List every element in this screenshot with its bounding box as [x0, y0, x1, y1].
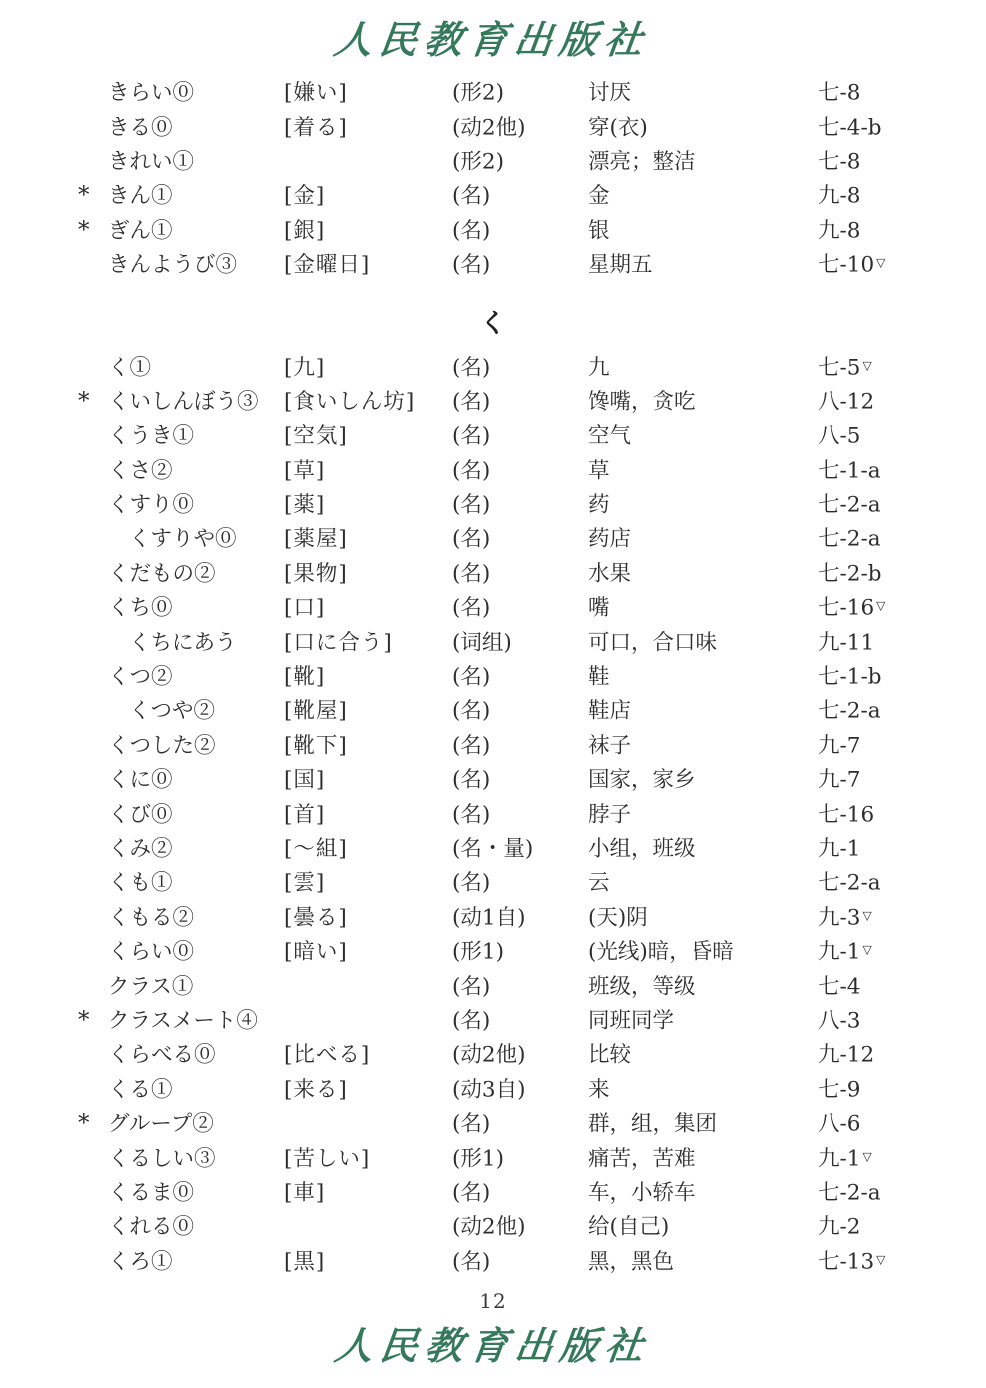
lesson-reference: 七-9	[818, 1079, 862, 1101]
lesson-text: 九-11	[818, 630, 874, 655]
word-kana: くつした②	[108, 735, 216, 757]
lesson-reference: 七-10▽	[818, 254, 885, 276]
part-of-speech: (动2他)	[452, 117, 525, 139]
lesson-text: 七-16	[818, 596, 874, 621]
word-kanji: [首]	[284, 804, 325, 826]
lesson-text: 七-2-a	[818, 492, 881, 517]
chinese-meaning: 给(自己)	[588, 1217, 669, 1239]
vocab-entry: くび⓪ [首] (名) 脖子 七-16	[0, 797, 986, 831]
part-of-speech: (名)	[452, 1182, 490, 1204]
vocab-entry: くちにあう [口に合う] (词组) 可口，合口味 九-11	[0, 625, 986, 659]
word-kanji: [靴屋]	[284, 701, 348, 723]
lesson-reference: 九-1▽	[818, 1148, 872, 1170]
part-of-speech: (动2他)	[452, 1217, 525, 1239]
part-of-speech: (名)	[452, 391, 490, 413]
chinese-meaning: 同班同学	[588, 1010, 674, 1032]
lesson-reference: 九-8	[818, 186, 862, 208]
part-of-speech: (名)	[452, 186, 490, 208]
word-kanji: [嫌い]	[284, 82, 348, 104]
part-of-speech: (名)	[452, 460, 490, 482]
word-kana: くみ②	[108, 838, 173, 860]
lesson-text: 七-16	[818, 802, 874, 827]
lesson-text: 七-1-a	[818, 458, 881, 483]
word-kana: くちにあう	[129, 632, 237, 654]
lesson-text: 九-1	[818, 939, 860, 964]
vocab-entry: きる⓪ [着る] (动2他) 穿(衣) 七-4-b	[0, 110, 986, 144]
star-marker: *	[78, 390, 90, 413]
lesson-reference: 七-2-a	[818, 529, 883, 551]
word-kana: くらべる⓪	[108, 1045, 216, 1067]
lesson-reference: 七-13▽	[818, 1251, 885, 1273]
chinese-meaning: 漂亮；整洁	[588, 151, 696, 173]
vocab-entry: くみ② [～組] (名・量) 小组，班级 九-1	[0, 832, 986, 866]
part-of-speech: (词组)	[452, 632, 512, 654]
triangle-mark-icon: ▽	[862, 908, 871, 922]
vocab-entry: くらい⓪ [暗い] (形1) (光线)暗，昏暗 九-1▽	[0, 935, 986, 969]
part-of-speech: (名)	[452, 804, 490, 826]
lesson-reference: 七-2-b	[818, 563, 883, 585]
vocab-entry: く① [九] (名) 九 七-5▽	[0, 350, 986, 384]
part-of-speech: (名)	[452, 494, 490, 516]
part-of-speech: (名)	[452, 701, 490, 723]
vocab-entry: くるしい③ [苦しい] (形1) 痛苦，苦难 九-1▽	[0, 1141, 986, 1175]
vocab-entry: くつした② [靴下] (名) 袜子 九-7	[0, 729, 986, 763]
chinese-meaning: (天)阴	[588, 907, 648, 929]
part-of-speech: (名・量)	[452, 838, 533, 860]
vocab-entry: * ぎん① [銀] (名) 银 九-8	[0, 214, 986, 248]
word-kanji: [薬屋]	[284, 529, 348, 551]
lesson-text: 八-5	[818, 424, 860, 449]
lesson-text: 九-12	[818, 1043, 874, 1068]
word-kana: くつ②	[108, 666, 173, 688]
chinese-meaning: 嘴	[588, 598, 610, 620]
chinese-meaning: 药店	[588, 529, 631, 551]
star-marker: *	[78, 219, 90, 242]
star-marker: *	[78, 1009, 90, 1032]
word-kana: くらい⓪	[108, 941, 194, 963]
lesson-text: 七-5	[818, 355, 860, 380]
chinese-meaning: 痛苦，苦难	[588, 1148, 696, 1170]
lesson-reference: 九-7	[818, 769, 862, 791]
word-kanji: [果物]	[284, 563, 348, 585]
lesson-reference: 七-2-a	[818, 1182, 883, 1204]
word-kanji: [国]	[284, 769, 325, 791]
lesson-text: 九-7	[818, 733, 860, 758]
lesson-text: 七-4	[818, 974, 860, 999]
part-of-speech: (形1)	[452, 1148, 504, 1170]
word-kana: くつや②	[129, 701, 215, 723]
word-kana: くうき①	[108, 426, 194, 448]
chinese-meaning: (光线)暗，昏暗	[588, 941, 734, 963]
word-kanji: [薬]	[284, 494, 325, 516]
word-kanji: [車]	[284, 1182, 325, 1204]
word-kanji: [曇る]	[284, 907, 348, 929]
chinese-meaning: 讨厌	[588, 82, 631, 104]
chinese-meaning: 车，小轿车	[588, 1182, 696, 1204]
part-of-speech: (名)	[452, 873, 490, 895]
vocab-entry: きれい① (形2) 漂亮；整洁 七-8	[0, 145, 986, 179]
vocab-entry: * きん① [金] (名) 金 九-8	[0, 179, 986, 213]
word-kana: グループ②	[108, 1113, 214, 1135]
lesson-reference: 七-8	[818, 82, 862, 104]
vocab-entry: きんようび③ [金曜日] (名) 星期五 七-10▽	[0, 248, 986, 282]
word-kanji: [金]	[284, 186, 325, 208]
lesson-text: 九-1	[818, 1146, 860, 1171]
vocab-entry: くすり⓪ [薬] (名) 药 七-2-a	[0, 488, 986, 522]
word-kana: くろ①	[108, 1251, 173, 1273]
chinese-meaning: 黑，黑色	[588, 1251, 674, 1273]
lesson-text: 七-2-a	[818, 871, 881, 896]
vocab-entry: クラス① (名) 班级，等级 七-4	[0, 969, 986, 1003]
vocab-entry: くだもの② [果物] (名) 水果 七-2-b	[0, 557, 986, 591]
lesson-text: 八-12	[818, 389, 874, 414]
chinese-meaning: 穿(衣)	[588, 117, 648, 139]
lesson-reference: 八-12	[818, 391, 876, 413]
vocab-entry: くろ① [黒] (名) 黑，黑色 七-13▽	[0, 1245, 986, 1279]
page-number: 12	[0, 1289, 986, 1313]
part-of-speech: (名)	[452, 1010, 490, 1032]
triangle-mark-icon: ▽	[876, 599, 885, 613]
lesson-reference: 八-5	[818, 426, 862, 448]
part-of-speech: (名)	[452, 598, 490, 620]
star-marker: *	[78, 185, 90, 208]
word-kana: きらい⓪	[108, 82, 194, 104]
chinese-meaning: 草	[588, 460, 610, 482]
word-kanji: [暗い]	[284, 941, 348, 963]
word-kana: くに⓪	[108, 769, 173, 791]
lesson-text: 九-8	[818, 184, 860, 209]
word-kanji: [口]	[284, 598, 325, 620]
vocab-entry: くつや② [靴屋] (名) 鞋店 七-2-a	[0, 694, 986, 728]
vocab-entry: くもる② [曇る] (动1自) (天)阴 九-3▽	[0, 901, 986, 935]
part-of-speech: (动1自)	[452, 907, 525, 929]
word-kana: くだもの②	[108, 563, 216, 585]
part-of-speech: (名)	[452, 735, 490, 757]
chinese-meaning: 馋嘴，贪吃	[588, 391, 696, 413]
word-kana: ぎん①	[108, 220, 173, 242]
lesson-reference: 七-5▽	[818, 357, 872, 379]
word-kanji: [九]	[284, 357, 325, 379]
word-kana: きれい①	[108, 151, 194, 173]
chinese-meaning: 班级，等级	[588, 976, 696, 998]
word-kanji: [靴下]	[284, 735, 348, 757]
vocabulary-page: 人民教育出版社 きらい⓪ [嫌い] (形2) 讨厌 七-8 きる⓪ [着る] (…	[0, 0, 986, 1388]
lesson-reference: 九-2	[818, 1217, 862, 1239]
part-of-speech: (动3自)	[452, 1079, 525, 1101]
lesson-text: 八-3	[818, 1008, 860, 1033]
lesson-reference: 七-2-a	[818, 701, 883, 723]
lesson-reference: 八-3	[818, 1010, 862, 1032]
lesson-reference: 七-2-a	[818, 873, 883, 895]
word-kanji: [苦しい]	[284, 1148, 370, 1170]
part-of-speech: (形1)	[452, 941, 504, 963]
word-kanji: [口に合う]	[284, 632, 393, 654]
lesson-reference: 七-2-a	[818, 494, 883, 516]
chinese-meaning: 水果	[588, 563, 631, 585]
part-of-speech: (名)	[452, 529, 490, 551]
chinese-meaning: 空气	[588, 426, 631, 448]
part-of-speech: (名)	[452, 254, 490, 276]
part-of-speech: (名)	[452, 1113, 490, 1135]
vocab-entry: くに⓪ [国] (名) 国家，家乡 九-7	[0, 763, 986, 797]
lesson-text: 七-8	[818, 149, 860, 174]
word-kana: きる⓪	[108, 117, 173, 139]
lesson-reference: 九-3▽	[818, 907, 872, 929]
part-of-speech: (形2)	[452, 151, 504, 173]
word-kana: くすり⓪	[108, 494, 194, 516]
triangle-mark-icon: ▽	[862, 942, 871, 956]
vocab-entry: くさ② [草] (名) 草 七-1-a	[0, 454, 986, 488]
vocab-entry: くち⓪ [口] (名) 嘴 七-16▽	[0, 591, 986, 625]
word-kanji: [来る]	[284, 1079, 348, 1101]
part-of-speech: (名)	[452, 220, 490, 242]
lesson-text: 七-4-b	[818, 115, 881, 140]
word-kanji: [黒]	[284, 1251, 325, 1273]
lesson-reference: 九-12	[818, 1045, 876, 1067]
chinese-meaning: 比较	[588, 1045, 631, 1067]
word-kana: くる①	[108, 1079, 173, 1101]
vocab-entry: きらい⓪ [嫌い] (形2) 讨厌 七-8	[0, 76, 986, 110]
word-kanji: [金曜日]	[284, 254, 370, 276]
section-marker-ku: く	[0, 282, 986, 350]
word-kanji: [食いしん坊]	[284, 391, 415, 413]
chinese-meaning: 群，组，集团	[588, 1113, 717, 1135]
word-kana: くち⓪	[108, 598, 173, 620]
word-kanji: [雲]	[284, 873, 325, 895]
word-kanji: [比べる]	[284, 1045, 370, 1067]
chinese-meaning: 国家，家乡	[588, 769, 696, 791]
word-kana: く①	[108, 357, 151, 379]
lesson-reference: 九-1	[818, 838, 862, 860]
chinese-meaning: 小组，班级	[588, 838, 696, 860]
lesson-text: 七-10	[818, 252, 874, 277]
vocab-entry: くるま⓪ [車] (名) 车，小轿车 七-2-a	[0, 1176, 986, 1210]
lesson-reference: 九-7	[818, 735, 862, 757]
chinese-meaning: 星期五	[588, 254, 653, 276]
lesson-text: 七-1-b	[818, 664, 881, 689]
lesson-text: 九-3	[818, 905, 860, 930]
word-kana: くすりや⓪	[129, 529, 237, 551]
part-of-speech: (名)	[452, 1251, 490, 1273]
vocab-entry: くる① [来る] (动3自) 来 七-9	[0, 1073, 986, 1107]
lesson-reference: 九-1▽	[818, 941, 872, 963]
word-kana: くもる②	[108, 907, 194, 929]
lesson-reference: 七-16	[818, 804, 876, 826]
chinese-meaning: 鞋	[588, 666, 610, 688]
chinese-meaning: 鞋店	[588, 701, 631, 723]
lesson-text: 七-13	[818, 1249, 874, 1274]
triangle-mark-icon: ▽	[862, 358, 871, 372]
word-kanji: [～組]	[284, 838, 348, 860]
lesson-text: 九-1	[818, 836, 860, 861]
vocab-list: きらい⓪ [嫌い] (形2) 讨厌 七-8 きる⓪ [着る] (动2他) 穿(衣…	[0, 61, 986, 1279]
word-kanji: [草]	[284, 460, 325, 482]
lesson-text: 九-7	[818, 767, 860, 792]
word-kanji: [銀]	[284, 220, 325, 242]
word-kana: くるしい③	[108, 1148, 216, 1170]
part-of-speech: (动2他)	[452, 1045, 525, 1067]
vocab-entry: くうき① [空気] (名) 空气 八-5	[0, 419, 986, 453]
lesson-text: 八-6	[818, 1111, 860, 1136]
publisher-logo-footer: 人民教育出版社	[0, 1315, 986, 1369]
word-kana: クラスメート④	[108, 1010, 258, 1032]
triangle-mark-icon: ▽	[876, 1252, 885, 1266]
word-kana: くさ②	[108, 460, 173, 482]
lesson-reference: 八-6	[818, 1113, 862, 1135]
section-ku-entries: く① [九] (名) 九 七-5▽ * くいしんぼう③ [食いしん坊] (名) …	[0, 350, 986, 1279]
chinese-meaning: 九	[588, 357, 610, 379]
part-of-speech: (名)	[452, 357, 490, 379]
word-kana: クラス①	[108, 976, 193, 998]
lesson-reference: 九-11	[818, 632, 876, 654]
lesson-text: 九-2	[818, 1215, 860, 1240]
lesson-reference: 七-1-a	[818, 460, 883, 482]
word-kana: くれる⓪	[108, 1217, 194, 1239]
lesson-text: 九-8	[818, 218, 860, 243]
chinese-meaning: 脖子	[588, 804, 631, 826]
part-of-speech: (名)	[452, 976, 490, 998]
vocab-entry: * くいしんぼう③ [食いしん坊] (名) 馋嘴，贪吃 八-12	[0, 385, 986, 419]
lesson-text: 七-2-a	[818, 1180, 881, 1205]
word-kana: きんようび③	[108, 254, 237, 276]
word-kana: くも①	[108, 873, 173, 895]
star-marker: *	[78, 1113, 90, 1136]
lesson-text: 七-2-a	[818, 699, 881, 724]
word-kana: くるま⓪	[108, 1182, 194, 1204]
section-ki-entries: きらい⓪ [嫌い] (形2) 讨厌 七-8 きる⓪ [着る] (动2他) 穿(衣…	[0, 76, 986, 282]
word-kanji: [着る]	[284, 117, 348, 139]
part-of-speech: (名)	[452, 666, 490, 688]
triangle-mark-icon: ▽	[862, 1149, 871, 1163]
lesson-reference: 七-1-b	[818, 666, 883, 688]
word-kana: きん①	[108, 186, 173, 208]
vocab-entry: くらべる⓪ [比べる] (动2他) 比较 九-12	[0, 1038, 986, 1072]
lesson-text: 七-2-b	[818, 561, 881, 586]
chinese-meaning: 可口，合口味	[588, 632, 717, 654]
word-kanji: [空気]	[284, 426, 348, 448]
lesson-text: 七-9	[818, 1077, 860, 1102]
vocab-entry: * クラスメート④ (名) 同班同学 八-3	[0, 1004, 986, 1038]
chinese-meaning: 银	[588, 220, 610, 242]
lesson-text: 七-2-a	[818, 527, 881, 552]
part-of-speech: (形2)	[452, 82, 504, 104]
lesson-reference: 七-16▽	[818, 598, 885, 620]
chinese-meaning: 袜子	[588, 735, 631, 757]
publisher-logo-header: 人民教育出版社	[0, 0, 986, 61]
lesson-reference: 七-4	[818, 976, 862, 998]
word-kana: くいしんぼう③	[108, 391, 259, 413]
vocab-entry: くすりや⓪ [薬屋] (名) 药店 七-2-a	[0, 522, 986, 556]
vocab-entry: くも① [雲] (名) 云 七-2-a	[0, 866, 986, 900]
part-of-speech: (名)	[452, 426, 490, 448]
lesson-reference: 七-4-b	[818, 117, 883, 139]
vocab-entry: くれる⓪ (动2他) 给(自己) 九-2	[0, 1210, 986, 1244]
lesson-reference: 九-8	[818, 220, 862, 242]
lesson-reference: 七-8	[818, 151, 862, 173]
chinese-meaning: 来	[588, 1079, 610, 1101]
lesson-text: 七-8	[818, 80, 860, 105]
vocab-entry: * グループ② (名) 群，组，集团 八-6	[0, 1107, 986, 1141]
chinese-meaning: 金	[588, 186, 610, 208]
vocab-entry: くつ② [靴] (名) 鞋 七-1-b	[0, 660, 986, 694]
chinese-meaning: 云	[588, 873, 610, 895]
part-of-speech: (名)	[452, 769, 490, 791]
word-kana: くび⓪	[108, 804, 173, 826]
part-of-speech: (名)	[452, 563, 490, 585]
triangle-mark-icon: ▽	[876, 255, 885, 269]
chinese-meaning: 药	[588, 494, 610, 516]
word-kanji: [靴]	[284, 666, 325, 688]
